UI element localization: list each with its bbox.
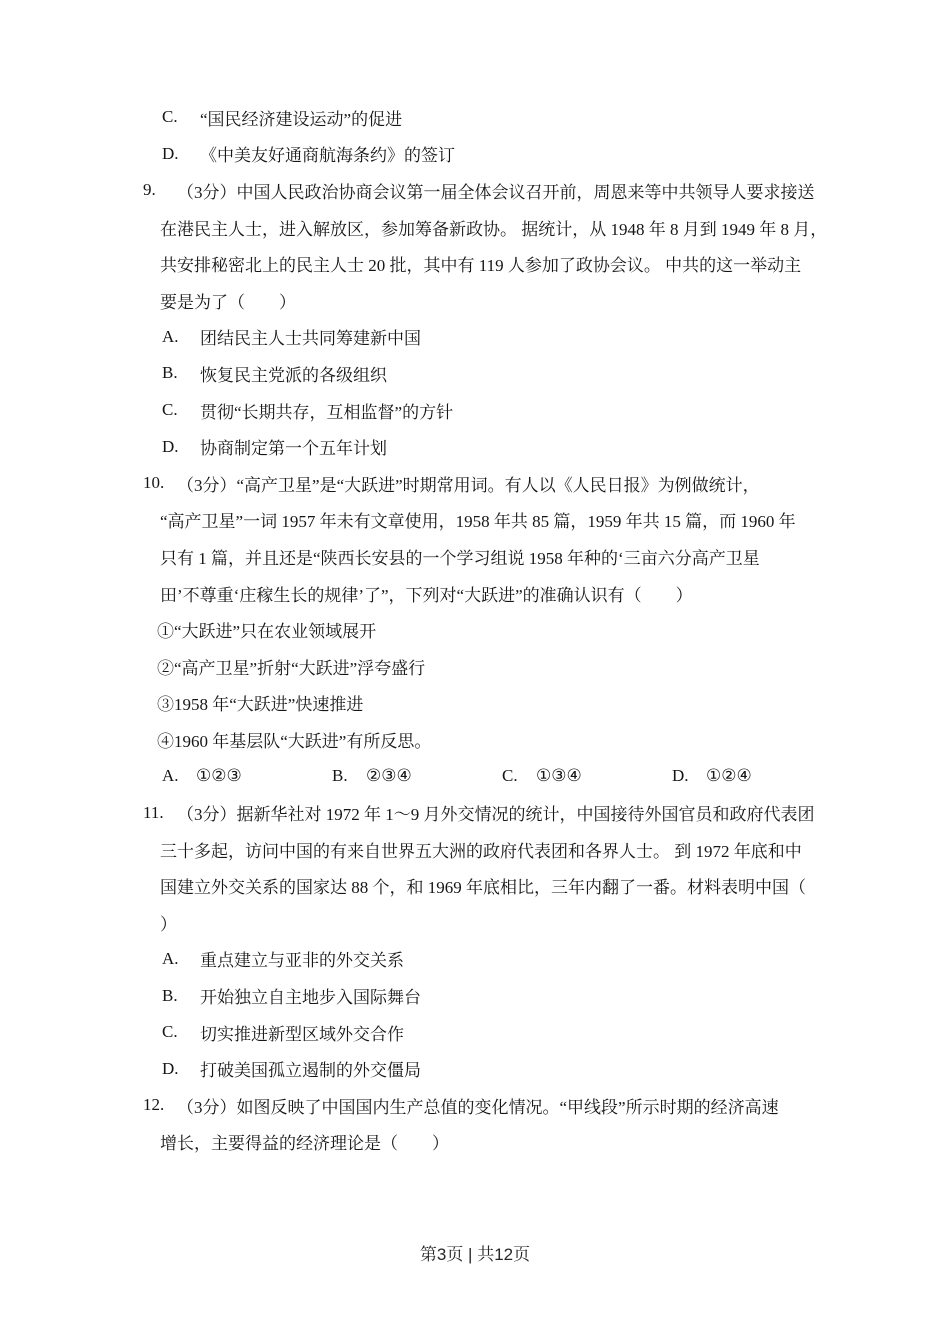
q9-stem-line-3: 共安排秘密北上的民主人士 20 批，其中有 119 人参加了政协会议。 中共的这…	[160, 245, 950, 282]
q11-stem-line-2: 三十多起，访问中国的有来自世界五大洲的政府代表团和各界人士。 到 1972 年底…	[160, 831, 950, 868]
question-number: 10.	[143, 473, 177, 493]
q10-stem-line-1: 10.（3分）“高产卫星”是“大跃进”时期常用词。有人以《人民日报》为例做统计，	[143, 465, 950, 502]
stem-text: 田’不尊重‘庄稼生长的规律’了”，下列对“大跃进”的准确认识有（ ）	[160, 581, 693, 606]
subitem-text: ②“高产卫星”折射“大跃进”浮夸盛行	[157, 654, 425, 679]
stem-text: ）	[160, 910, 177, 935]
page-footer-text: 第3页 | 共12页	[420, 1245, 530, 1264]
question-number: 11.	[143, 803, 177, 823]
option-text: 重点建立与亚非的外交关系	[200, 946, 404, 971]
option-label: B.	[162, 363, 200, 383]
q10-stem-line-2: “高产卫星”一词 1957 年未有文章使用，1958 年共 85 篇，1959 …	[160, 502, 950, 539]
q11-stem-line-1: 11.（3分）据新华社对 1972 年 1～9 月外交情况的统计，中国接待外国官…	[143, 794, 950, 831]
q10-subitem-2: ②“高产卫星”折射“大跃进”浮夸盛行	[157, 648, 950, 685]
page-content: C.“国民经济建设运动”的促进 D.《中美友好通商航海条约》的签订 9.（3分）…	[0, 99, 950, 1160]
q10-choice-a: A.①②③	[162, 766, 332, 786]
q10-choice-c: C.①③④	[502, 766, 672, 786]
q10-subitem-4: ④1960 年基层队“大跃进”有所反思。	[157, 721, 950, 758]
q9-stem-line-2: 在港民主人士，进入解放区，参加筹备新政协。 据统计，从 1948 年 8 月到 …	[160, 209, 950, 246]
q10-choice-d: D.①②④	[672, 766, 842, 786]
option-text: 恢复民主党派的各级组织	[200, 361, 387, 386]
q9-option-b: B.恢复民主党派的各级组织	[162, 355, 950, 392]
option-label: D.	[672, 766, 706, 786]
stem-text: 只有 1 篇，并且还是“陕西长安县的一个学习组说 1958 年种的‘三亩六分高产…	[160, 544, 760, 569]
option-label: A.	[162, 949, 200, 969]
subitem-text: ①“大跃进”只在农业领域展开	[157, 617, 376, 642]
option-text: 打破美国孤立遏制的外交僵局	[200, 1056, 421, 1081]
option-label: C.	[162, 1022, 200, 1042]
option-text: ①②④	[706, 766, 752, 786]
stem-text: （3分）据新华社对 1972 年 1～9 月外交情况的统计，中国接待外国官员和政…	[177, 800, 815, 825]
q11-option-c: C.切实推进新型区域外交合作	[162, 1014, 950, 1051]
q9-option-d: D.协商制定第一个五年计划	[162, 428, 950, 465]
page-footer: 第3页 | 共12页	[0, 1240, 950, 1265]
stem-text: 三十多起，访问中国的有来自世界五大洲的政府代表团和各界人士。 到 1972 年底…	[160, 837, 802, 862]
stem-text: 要是为了（ ）	[160, 288, 296, 313]
q10-choice-b: B.②③④	[332, 766, 502, 786]
option-text: ①③④	[536, 766, 582, 786]
option-label: C.	[502, 766, 536, 786]
option-label: D.	[162, 144, 200, 164]
option-label: B.	[332, 766, 366, 786]
stem-text: 共安排秘密北上的民主人士 20 批，其中有 119 人参加了政协会议。 中共的这…	[160, 251, 801, 276]
stem-text: 国建立外交关系的国家达 88 个，和 1969 年底相比，三年内翻了一番。材料表…	[160, 873, 806, 898]
option-label: D.	[162, 1059, 200, 1079]
question-number: 9.	[143, 180, 177, 200]
option-text: 贯彻“长期共存，互相监督”的方针	[200, 398, 453, 423]
stem-text: “高产卫星”一词 1957 年未有文章使用，1958 年共 85 篇，1959 …	[160, 507, 796, 532]
option-label: C.	[162, 400, 200, 420]
q9-stem-line-4: 要是为了（ ）	[160, 282, 950, 319]
option-text: 《中美友好通商航海条约》的签订	[200, 141, 455, 166]
stem-text: （3分）“高产卫星”是“大跃进”时期常用词。有人以《人民日报》为例做统计，	[177, 471, 760, 496]
q9-option-a: A.团结民主人士共同筹建新中国	[162, 319, 950, 356]
option-label: C.	[162, 107, 200, 127]
q11-stem-line-3: 国建立外交关系的国家达 88 个，和 1969 年底相比，三年内翻了一番。材料表…	[160, 867, 950, 904]
q10-stem-line-3: 只有 1 篇，并且还是“陕西长安县的一个学习组说 1958 年种的‘三亩六分高产…	[160, 538, 950, 575]
subitem-text: ③1958 年“大跃进”快速推进	[157, 690, 363, 715]
q8-option-c: C.“国民经济建设运动”的促进	[162, 99, 950, 136]
subitem-text: ④1960 年基层队“大跃进”有所反思。	[157, 727, 431, 752]
option-label: A.	[162, 327, 200, 347]
q9-stem-line-1: 9.（3分）中国人民政治协商会议第一届全体会议召开前，周恩来等中共领导人要求接送	[143, 172, 950, 209]
option-text: 协商制定第一个五年计划	[200, 434, 387, 459]
stem-text: 在港民主人士，进入解放区，参加筹备新政协。 据统计，从 1948 年 8 月到 …	[160, 215, 827, 240]
q10-subitem-1: ①“大跃进”只在农业领域展开	[157, 611, 950, 648]
q11-option-d: D.打破美国孤立遏制的外交僵局	[162, 1050, 950, 1087]
option-text: 开始独立自主地步入国际舞台	[200, 983, 421, 1008]
option-text: “国民经济建设运动”的促进	[200, 105, 402, 130]
stem-text: 增长，主要得益的经济理论是（ ）	[160, 1129, 449, 1154]
option-label: B.	[162, 986, 200, 1006]
stem-text: （3分）如图反映了中国国内生产总值的变化情况。“甲线段”所示时期的经济高速	[177, 1093, 779, 1118]
q9-option-c: C.贯彻“长期共存，互相监督”的方针	[162, 392, 950, 429]
q11-option-b: B.开始独立自主地步入国际舞台	[162, 977, 950, 1014]
option-text: ②③④	[366, 766, 412, 786]
question-number: 12.	[143, 1095, 177, 1115]
q10-subitem-3: ③1958 年“大跃进”快速推进	[157, 685, 950, 722]
option-text: ①②③	[196, 766, 242, 786]
q12-stem-line-1: 12.（3分）如图反映了中国国内生产总值的变化情况。“甲线段”所示时期的经济高速	[143, 1087, 950, 1124]
q11-option-a: A.重点建立与亚非的外交关系	[162, 941, 950, 978]
q10-choices-row: A.①②③ B.②③④ C.①③④ D.①②④	[162, 758, 950, 795]
stem-text: （3分）中国人民政治协商会议第一届全体会议召开前，周恩来等中共领导人要求接送	[177, 178, 815, 203]
q10-stem-line-4: 田’不尊重‘庄稼生长的规律’了”，下列对“大跃进”的准确认识有（ ）	[160, 575, 950, 612]
q11-stem-line-4: ）	[160, 904, 950, 941]
option-label: A.	[162, 766, 196, 786]
q12-stem-line-2: 增长，主要得益的经济理论是（ ）	[160, 1124, 950, 1161]
option-text: 团结民主人士共同筹建新中国	[200, 324, 421, 349]
option-text: 切实推进新型区域外交合作	[200, 1020, 404, 1045]
q8-option-d: D.《中美友好通商航海条约》的签订	[162, 136, 950, 173]
option-label: D.	[162, 437, 200, 457]
